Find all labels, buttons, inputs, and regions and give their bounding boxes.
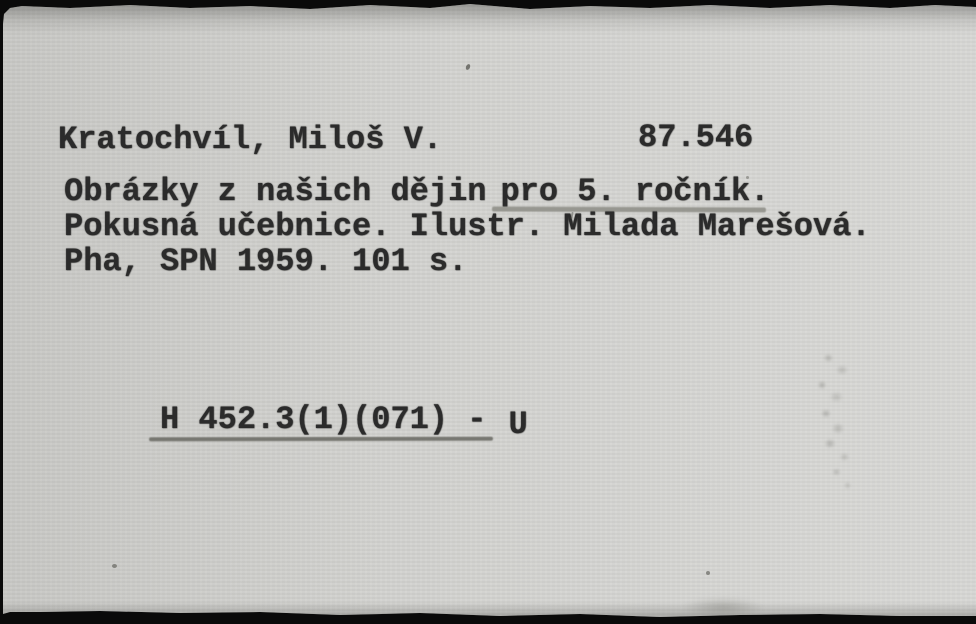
call-number-underline	[149, 437, 493, 442]
accession-number: 87.546	[638, 120, 753, 156]
ink-speck	[465, 63, 471, 70]
call-number-line: H 452.3(1)(071) -U	[160, 402, 528, 438]
ink-speck	[706, 571, 710, 575]
author-heading: Kratochvíl, Miloš V.	[58, 122, 442, 158]
smudge-mark	[668, 592, 778, 618]
imprint-line: Pha, SPN 1959. 101 s.	[64, 244, 467, 280]
title-line: Obrázky z našich dějinpro 5. ročník.	[64, 174, 769, 210]
ink-speck	[746, 176, 749, 179]
stain-mark	[806, 346, 886, 496]
catalog-card: Kratochvíl, Miloš V. 87.546 Obrázky z na…	[0, 0, 976, 624]
title-text: Obrázky z našich dějin	[64, 173, 486, 210]
call-suffix: U	[508, 406, 527, 443]
ink-speck	[112, 564, 117, 568]
description-line: Pokusná učebnice. Ilustr. Milada Marešov…	[64, 209, 871, 245]
call-number: H 452.3(1)(071) -	[160, 401, 486, 438]
scanner-edge-shadow-bottom	[0, 602, 976, 618]
title-underlined-text: pro 5. ročník.	[500, 173, 769, 210]
scanner-edge-shadow-top	[0, 4, 976, 34]
